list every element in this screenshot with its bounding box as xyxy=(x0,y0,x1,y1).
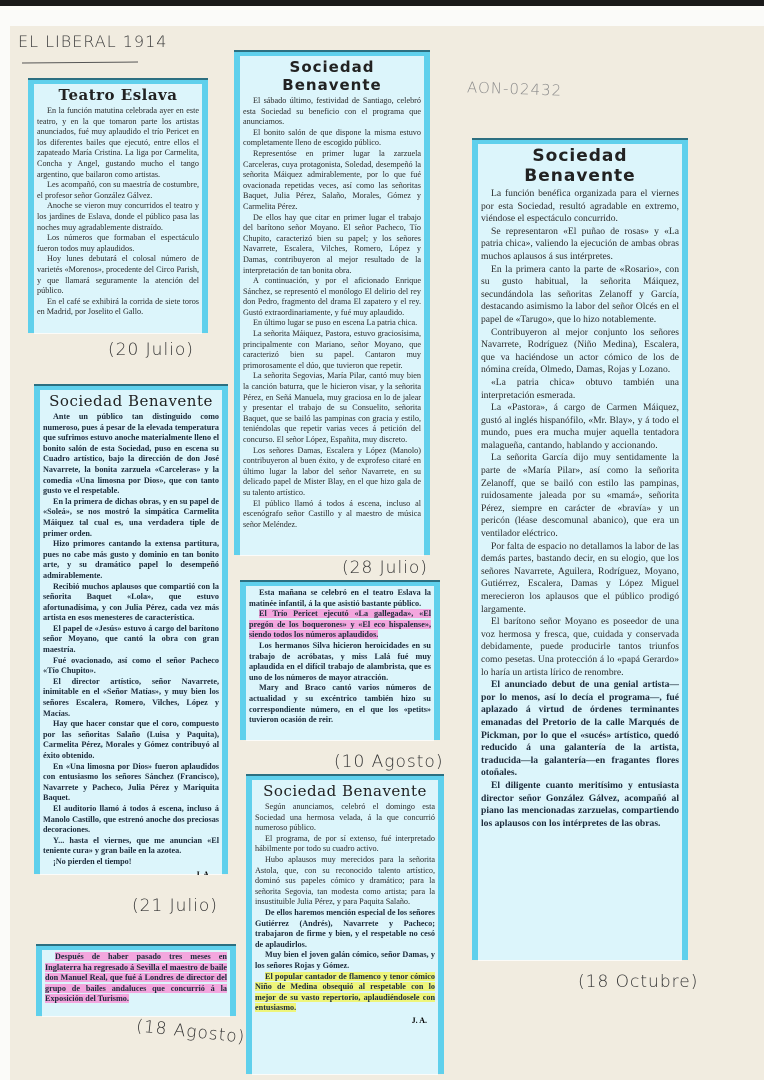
clipping-paragraph: Contribuyeron al mejor conjunto los seño… xyxy=(481,327,679,377)
date-annotation: (20 Julio) xyxy=(108,340,194,360)
date-annotation: (10 Agosto) xyxy=(334,752,443,772)
clipping-title: Teatro Eslava xyxy=(37,86,199,104)
archive-id: AON-02432 xyxy=(467,78,563,99)
clipping-paragraph: Recibió muchos aplausos que compartió co… xyxy=(43,582,219,624)
clipping-paragraph: Hizo primores cantando la extensa partit… xyxy=(43,539,219,581)
clipping-paragraph: El popular cantador de flamenco y tenor … xyxy=(255,972,435,1014)
clipping-sociedad-benavente-21-julio: Sociedad Benavente Ante un público tan d… xyxy=(34,384,228,874)
clipping-paragraph: El bonito salón de que dispone la misma … xyxy=(243,128,421,149)
clipping-paragraph: Representóse en primer lugar la zarzuela… xyxy=(243,149,421,213)
signature: J. A. xyxy=(255,1016,435,1025)
clipping-manuel-real: Después de haber pasado tres meses en In… xyxy=(36,944,236,1016)
clipping-teatro-eslava: Teatro Eslava En la función matutina cel… xyxy=(28,78,208,333)
clipping-paragraph: Y... hasta el viernes, que me anuncian «… xyxy=(43,836,219,857)
clipping-paragraph: El papel de «Jesús» estuvo á cargo del b… xyxy=(43,624,219,656)
clipping-paragraph: Los hermanos Silva hicieron heroicidades… xyxy=(249,641,431,683)
clipping-paragraph: Se representaron «El puñao de rosas» y «… xyxy=(481,226,679,264)
date-annotation: (28 Julio) xyxy=(342,558,428,578)
clipping-paragraph: «La patria chica» obtuvo también una int… xyxy=(481,377,679,402)
clipping-paragraph: El auditorio llamó á todos á escena, inc… xyxy=(43,804,219,836)
clipping-paragraph: Hubo aplausos muy merecidos para la seño… xyxy=(255,855,435,908)
clipping-title: Sociedad Benavente xyxy=(243,58,421,94)
clipping-paragraph: En la primera de dichas obras, y en su p… xyxy=(43,497,219,539)
clipping-paragraph: En la función matutina celebrada ayer en… xyxy=(37,106,199,180)
clipping-paragraph: El director artístico, señor Navarrete, … xyxy=(43,677,219,719)
clipping-paragraph: Hoy lunes debutará el colosal número de … xyxy=(37,254,199,296)
clipping-paragraph: Muy bien el joven galán cómico, señor Da… xyxy=(255,950,435,971)
signature: J. A. xyxy=(43,870,219,875)
clipping-paragraph: Por falta de espacio no detallamos la la… xyxy=(481,541,679,617)
handwritten-header: EL LIBERAL 1914 xyxy=(18,32,167,51)
clipping-paragraph: De ellos haremos mención especial de los… xyxy=(255,908,435,950)
clipping-title: Sociedad Benavente xyxy=(43,392,219,410)
clipping-paragraph: Fué ovacionado, así como el señor Pachec… xyxy=(43,656,219,677)
clipping-paragraph: Hay que hacer constar que el coro, compu… xyxy=(43,719,219,761)
clipping-paragraph: El público llamó á todos á escena, inclu… xyxy=(243,499,421,531)
clipping-paragraph: En «Una limosna por Dios» fueron aplaudi… xyxy=(43,762,219,804)
clipping-title: Sociedad Benavente xyxy=(255,782,435,800)
clipping-paragraph: En el café se exhibirá la corrida de sie… xyxy=(37,297,199,318)
clipping-paragraph: Según anunciamos, celebró el domingo est… xyxy=(255,802,435,834)
clipping-sociedad-benavente-18-octubre: Sociedad Benavente La función benéfica o… xyxy=(472,138,688,960)
clipping-paragraph: El programa, de por sí extenso, fué inte… xyxy=(255,834,435,855)
date-annotation: (18 Octubre) xyxy=(578,972,698,992)
clipping-paragraph: Anoche se vieron muy concurridos el teat… xyxy=(37,201,199,233)
clipping-paragraph: ¡No pierden el tiempo! xyxy=(43,857,219,868)
clipping-paragraph: Los señores Damas, Escalera y López (Man… xyxy=(243,446,421,499)
clipping-paragraph: La señorita Máiquez, Pastora, estuvo gra… xyxy=(243,329,421,371)
clipping-paragraph: Les acompañó, con su maestría de costumb… xyxy=(37,180,199,201)
clipping-paragraph: La función benéfica organizada para el v… xyxy=(481,188,679,226)
clipping-paragraph: En último lugar se puso en escena La pat… xyxy=(243,318,421,329)
clipping-title: Sociedad Benavente xyxy=(481,146,679,186)
clipping-paragraph: El barítono señor Moyano es poseedor de … xyxy=(481,616,679,679)
clipping-paragraph: A continuación, y por el aficionado Enri… xyxy=(243,276,421,318)
date-annotation: (21 Julio) xyxy=(132,896,218,916)
clipping-paragraph: De ellos hay que citar en primer lugar e… xyxy=(243,213,421,277)
clipping-paragraph: Los números que formaban el espectáculo … xyxy=(37,233,199,254)
clipping-sociedad-benavente-velada: Sociedad Benavente Según anunciamos, cel… xyxy=(246,774,444,1074)
clipping-paragraph: Ante un público tan distinguido como num… xyxy=(43,412,219,497)
clipping-sociedad-benavente-28-julio: Sociedad Benavente El sábado último, fes… xyxy=(234,50,430,555)
clipping-matinee-eslava: Esta mañana se celebró en el teatro Esla… xyxy=(240,580,440,740)
clipping-paragraph: Esta mañana se celebró en el teatro Esla… xyxy=(249,588,431,609)
clipping-paragraph: La señorita García dijo muy sentidamente… xyxy=(481,452,679,540)
clipping-paragraph: El sábado último, festividad de Santiago… xyxy=(243,96,421,128)
clipping-paragraph: En la primera canto la parte de «Rosario… xyxy=(481,264,679,327)
clipping-paragraph: La señorita Segovias, María Pilar, cantó… xyxy=(243,371,421,445)
clipping-paragraph: Mary and Braco cantó varios números de a… xyxy=(249,683,431,725)
clipping-paragraph: El Trío Pericet ejecutó «La gallegada», … xyxy=(249,609,431,641)
clipping-paragraph: La «Pastora», á cargo de Carmen Máiquez,… xyxy=(481,402,679,452)
clipping-paragraph: El anunciado debut de una genial artista… xyxy=(481,679,679,780)
clipping-paragraph: El diligente cuanto meritísimo y entusia… xyxy=(481,780,679,830)
clipping-paragraph: Después de haber pasado tres meses en In… xyxy=(45,952,227,1005)
